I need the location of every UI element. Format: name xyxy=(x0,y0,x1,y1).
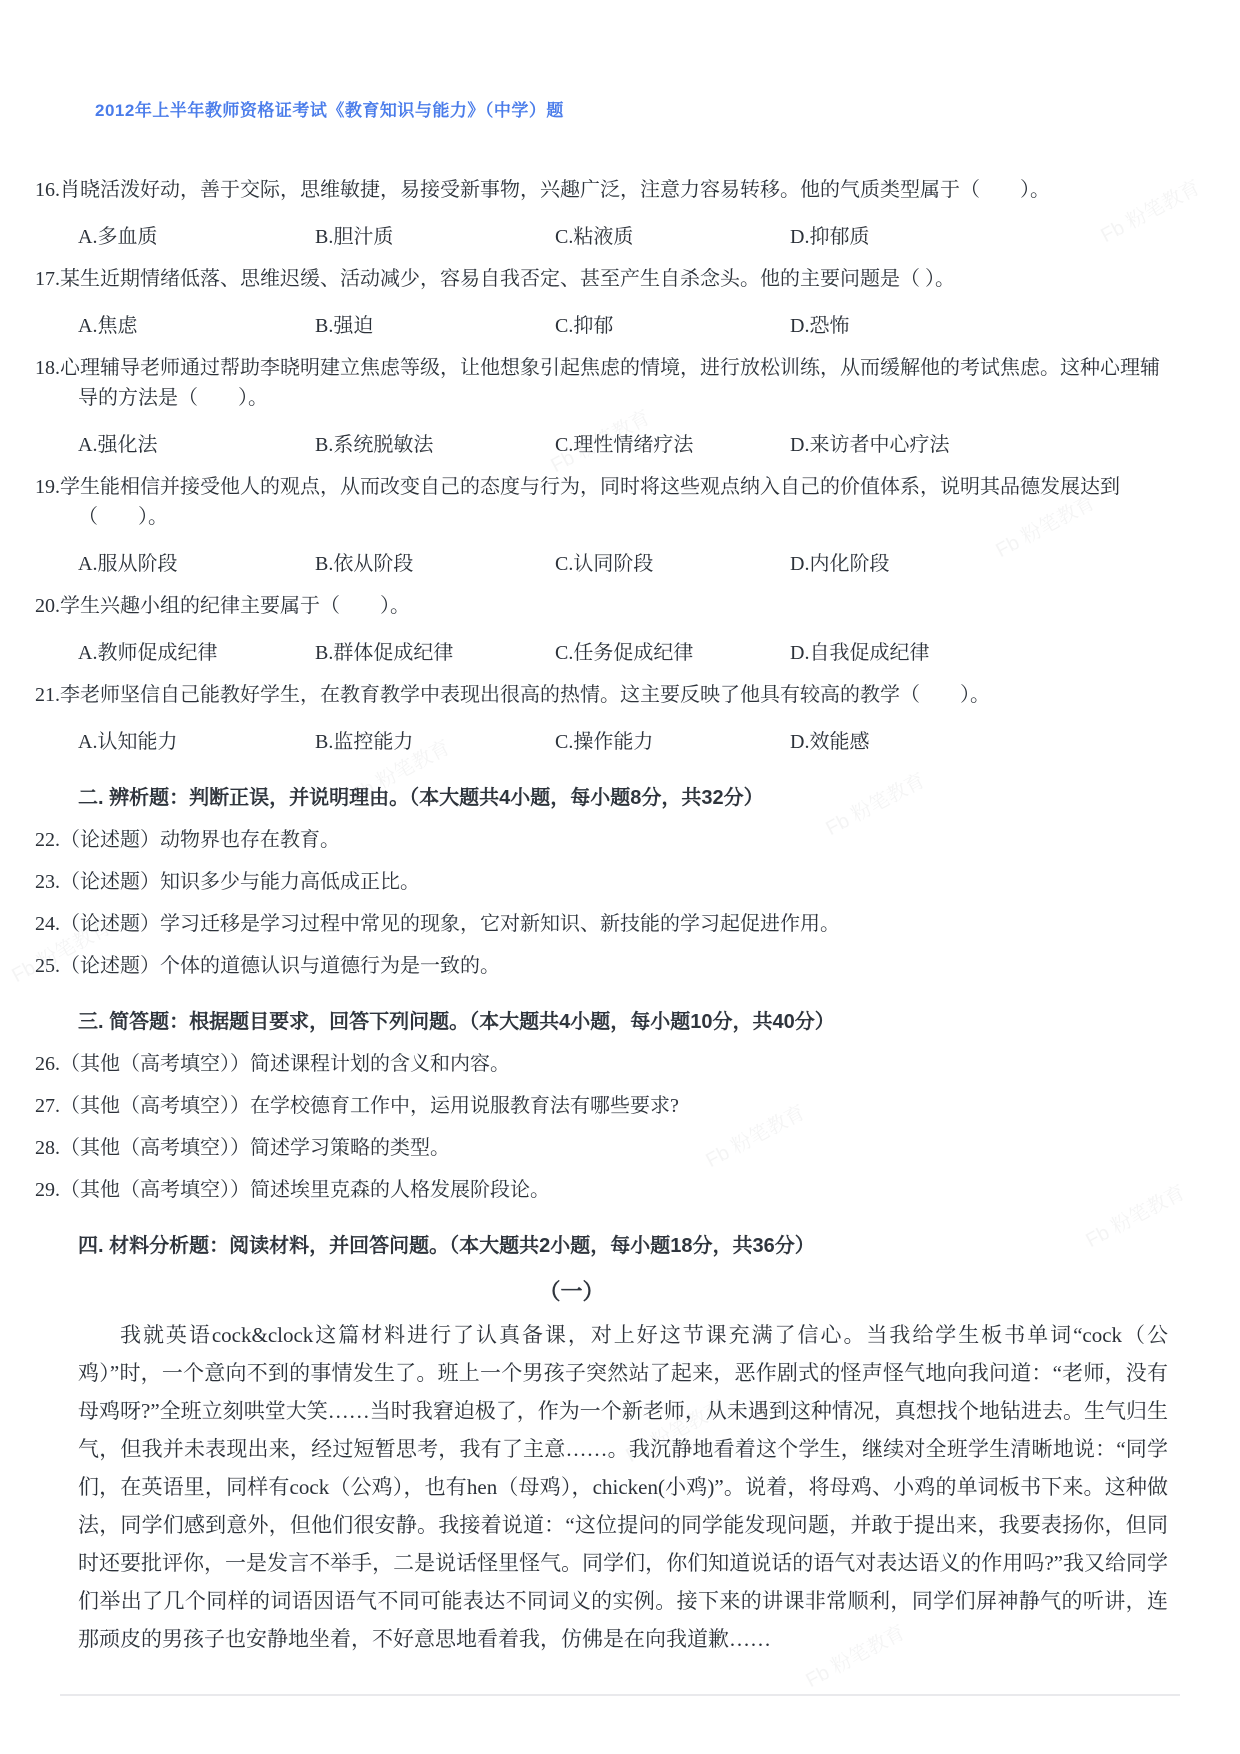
question-text: 李老师坚信自己能教好学生，在教育教学中表现出很高的热情。这主要反映了他具有较高的… xyxy=(60,684,990,706)
question-16-options: A.多血质 B.胆汁质 C.粘液质 D.抑郁质 xyxy=(78,222,1168,252)
question-number: 22. xyxy=(35,829,60,851)
question-19-stem: 19.学生能相信并接受他人的观点，从而改变自己的态度与行为，同时将这些观点纳入自… xyxy=(35,472,1168,532)
question-number: 20. xyxy=(35,595,60,617)
question-text: （论述题）个体的道德认识与道德行为是一致的。 xyxy=(60,955,500,977)
option-b: B.群体促成纪律 xyxy=(315,638,555,668)
material-1-text: 我就英语cock&clock这篇材料进行了认真备课，对上好这节课充满了信心。当我… xyxy=(78,1316,1168,1658)
option-b: B.监控能力 xyxy=(315,727,555,757)
question-number: 19. xyxy=(35,476,60,498)
question-number: 23. xyxy=(35,871,60,893)
option-d: D.抑郁质 xyxy=(790,222,1168,252)
option-d: D.自我促成纪律 xyxy=(790,638,1168,668)
question-20-options: A.教师促成纪律 B.群体促成纪律 C.任务促成纪律 D.自我促成纪律 xyxy=(78,638,1168,668)
option-d: D.内化阶段 xyxy=(790,549,1168,579)
question-28: 28.（其他（高考填空））简述学习策略的类型。 xyxy=(35,1133,1168,1163)
question-number: 16. xyxy=(35,179,60,201)
question-text: 心理辅导老师通过帮助李晓明建立焦虑等级，让他想象引起焦虑的情境，进行放松训练，从… xyxy=(60,357,1160,409)
question-number: 25. xyxy=(35,955,60,977)
section-3-header: 三. 简答题：根据题目要求，回答下列问题。（本大题共4小题，每小题10分，共40… xyxy=(78,1007,1168,1037)
option-b: B.依从阶段 xyxy=(315,549,555,579)
option-c: C.抑郁 xyxy=(555,311,790,341)
question-27: 27.（其他（高考填空））在学校德育工作中，运用说服教育法有哪些要求? xyxy=(35,1091,1168,1121)
question-number: 28. xyxy=(35,1137,60,1159)
question-text: （其他（高考填空））在学校德育工作中，运用说服教育法有哪些要求? xyxy=(60,1095,679,1117)
question-26: 26.（其他（高考填空））简述课程计划的含义和内容。 xyxy=(35,1049,1168,1079)
question-number: 26. xyxy=(35,1053,60,1075)
question-number: 17. xyxy=(35,268,60,290)
question-17-options: A.焦虑 B.强迫 C.抑郁 D.恐怖 xyxy=(78,311,1168,341)
question-text: 学生兴趣小组的纪律主要属于（ ）。 xyxy=(60,595,410,617)
question-number: 24. xyxy=(35,913,60,935)
question-20-stem: 20.学生兴趣小组的纪律主要属于（ ）。 xyxy=(35,591,1168,621)
option-a: A.认知能力 xyxy=(78,727,315,757)
page-title: 2012年上半年教师资格证考试《教育知识与能力》（中学）题 xyxy=(95,0,1168,121)
question-text: （论述题）知识多少与能力高低成正比。 xyxy=(60,871,420,893)
question-text: （论述题）动物界也存在教育。 xyxy=(60,829,340,851)
section-4-header: 四. 材料分析题：阅读材料，并回答问题。（本大题共2小题，每小题18分，共36分… xyxy=(78,1231,1168,1261)
question-text: （其他（高考填空））简述埃里克森的人格发展阶段论。 xyxy=(60,1179,550,1201)
question-23: 23.（论述题）知识多少与能力高低成正比。 xyxy=(35,867,1168,897)
question-19-options: A.服从阶段 B.依从阶段 C.认同阶段 D.内化阶段 xyxy=(78,549,1168,579)
question-22: 22.（论述题）动物界也存在教育。 xyxy=(35,825,1168,855)
question-text: 学生能相信并接受他人的观点，从而改变自己的态度与行为，同时将这些观点纳入自己的价… xyxy=(60,476,1120,528)
exam-paper: 2012年上半年教师资格证考试《教育知识与能力》（中学）题 16.肖晓活泼好动，… xyxy=(0,0,1240,1658)
bottom-divider xyxy=(60,1694,1180,1696)
question-text: 某生近期情绪低落、思维迟缓、活动减少，容易自我否定、甚至产生自杀念头。他的主要问… xyxy=(60,268,955,290)
option-a: A.焦虑 xyxy=(78,311,315,341)
question-number: 29. xyxy=(35,1179,60,1201)
question-18-stem: 18.心理辅导老师通过帮助李晓明建立焦虑等级，让他想象引起焦虑的情境，进行放松训… xyxy=(35,353,1168,413)
option-d: D.效能感 xyxy=(790,727,1168,757)
question-number: 27. xyxy=(35,1095,60,1117)
option-b: B.强迫 xyxy=(315,311,555,341)
question-29: 29.（其他（高考填空））简述埃里克森的人格发展阶段论。 xyxy=(35,1175,1168,1205)
question-text: （其他（高考填空））简述课程计划的含义和内容。 xyxy=(60,1053,510,1075)
option-a: A.教师促成纪律 xyxy=(78,638,315,668)
question-number: 21. xyxy=(35,684,60,706)
material-1-subtitle: （一） xyxy=(35,1275,1108,1306)
question-text: 肖晓活泼好动，善于交际，思维敏捷，易接受新事物，兴趣广泛，注意力容易转移。他的气… xyxy=(60,179,1050,201)
option-a: A.强化法 xyxy=(78,430,315,460)
question-text: （其他（高考填空））简述学习策略的类型。 xyxy=(60,1137,450,1159)
question-21-stem: 21.李老师坚信自己能教好学生，在教育教学中表现出很高的热情。这主要反映了他具有… xyxy=(35,680,1168,710)
question-25: 25.（论述题）个体的道德认识与道德行为是一致的。 xyxy=(35,951,1168,981)
question-16-stem: 16.肖晓活泼好动，善于交际，思维敏捷，易接受新事物，兴趣广泛，注意力容易转移。… xyxy=(35,175,1168,205)
section-2-header: 二. 辨析题：判断正误，并说明理由。（本大题共4小题，每小题8分，共32分） xyxy=(78,783,1168,813)
option-c: C.认同阶段 xyxy=(555,549,790,579)
option-d: D.恐怖 xyxy=(790,311,1168,341)
option-b: B.胆汁质 xyxy=(315,222,555,252)
option-c: C.操作能力 xyxy=(555,727,790,757)
option-c: C.粘液质 xyxy=(555,222,790,252)
option-c: C.任务促成纪律 xyxy=(555,638,790,668)
question-number: 18. xyxy=(35,357,60,379)
question-text: （论述题）学习迁移是学习过程中常见的现象，它对新知识、新技能的学习起促进作用。 xyxy=(60,913,840,935)
question-24: 24.（论述题）学习迁移是学习过程中常见的现象，它对新知识、新技能的学习起促进作… xyxy=(35,909,1168,939)
option-c: C.理性情绪疗法 xyxy=(555,430,790,460)
question-17-stem: 17.某生近期情绪低落、思维迟缓、活动减少，容易自我否定、甚至产生自杀念头。他的… xyxy=(35,264,1168,294)
option-a: A.多血质 xyxy=(78,222,315,252)
option-a: A.服从阶段 xyxy=(78,549,315,579)
option-b: B.系统脱敏法 xyxy=(315,430,555,460)
question-18-options: A.强化法 B.系统脱敏法 C.理性情绪疗法 D.来访者中心疗法 xyxy=(78,430,1168,460)
question-21-options: A.认知能力 B.监控能力 C.操作能力 D.效能感 xyxy=(78,727,1168,757)
option-d: D.来访者中心疗法 xyxy=(790,430,1168,460)
